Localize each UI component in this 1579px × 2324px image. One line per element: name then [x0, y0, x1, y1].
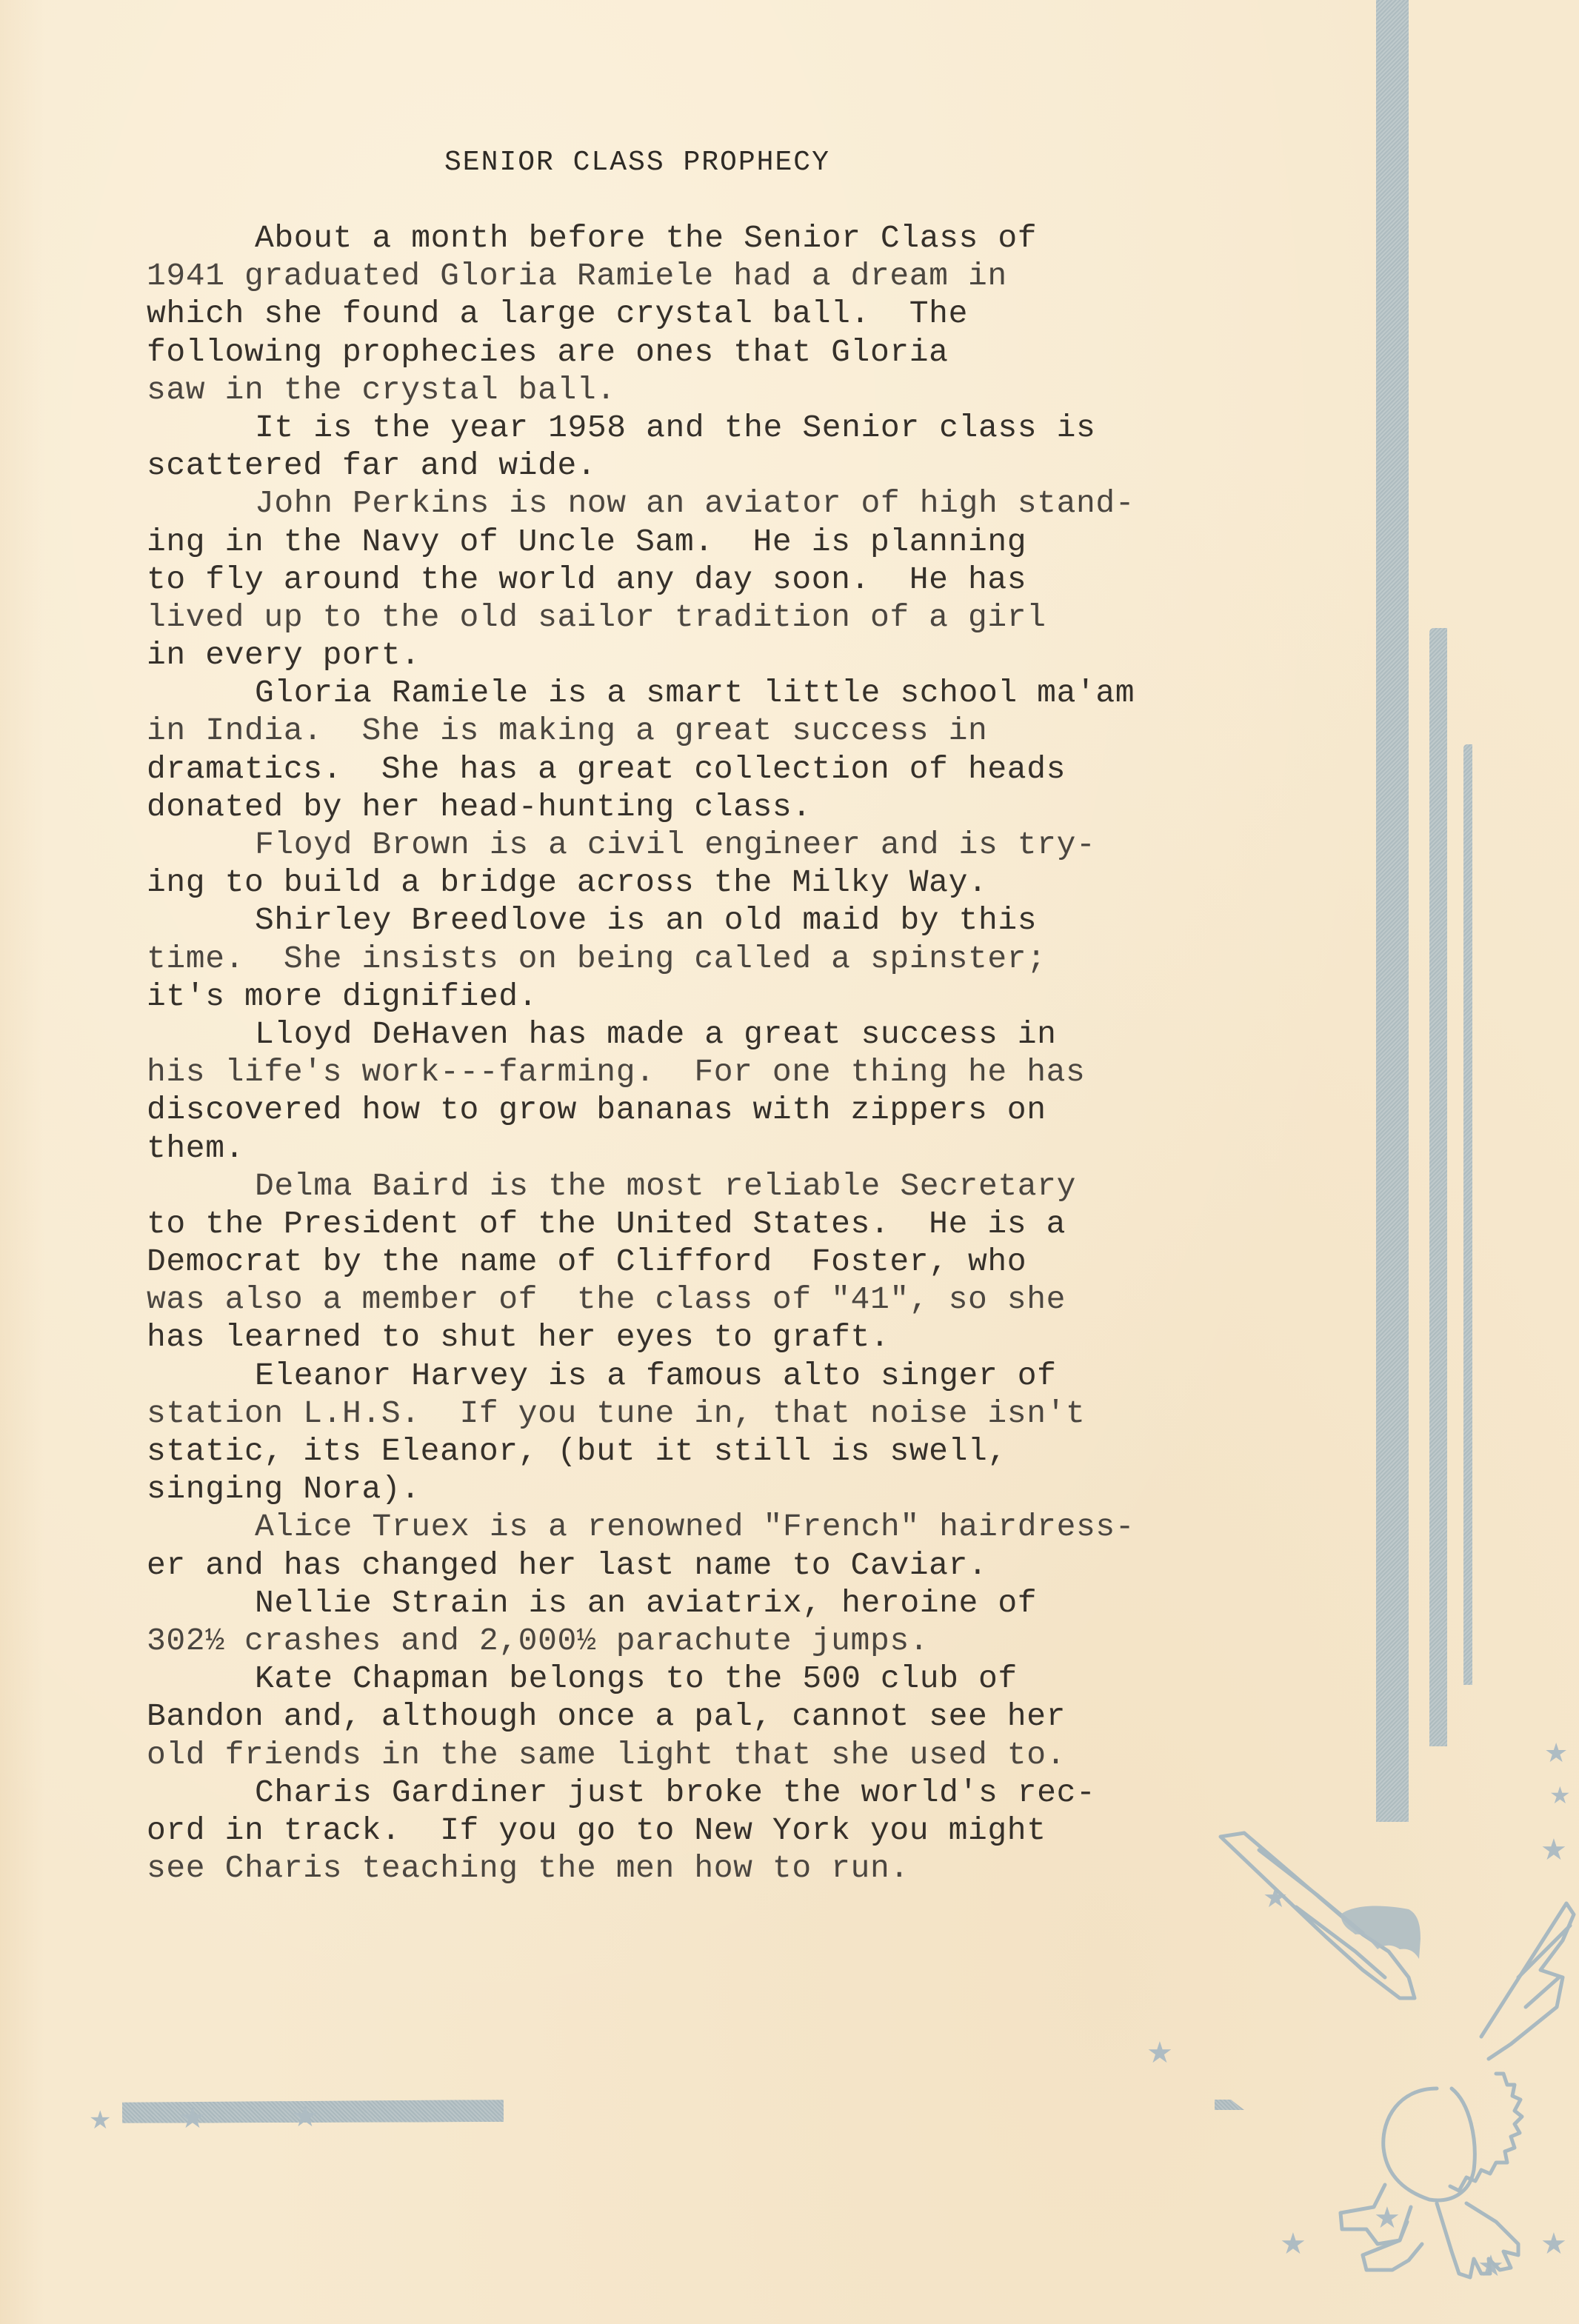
text-line: to fly around the world any day soon. He… [147, 561, 1302, 598]
text-line: following prophecies are ones that Glori… [147, 333, 1302, 371]
text-line: saw in the crystal ball. [147, 371, 1302, 409]
star-icon: ★ [1146, 2038, 1173, 2068]
text-line: Shirley Breedlove is an old maid by this [147, 901, 1302, 939]
text-line: 302½ crashes and 2,000½ parachute jumps. [147, 1622, 1302, 1660]
text-line: John Perkins is now an aviator of high s… [147, 484, 1302, 522]
prophecy-text: About a month before the Senior Class of… [147, 219, 1302, 1887]
text-line: It is the year 1958 and the Senior class… [147, 409, 1302, 447]
document-page: ★ ★ ★ ★ ★ ★ ★ ★ ★ ★ ★ ★ [0, 0, 1579, 2324]
text-line: in India. She is making a great success … [147, 712, 1302, 749]
vertical-stripe-large [1376, 0, 1409, 1822]
text-line: it's more dignified. [147, 978, 1302, 1015]
text-line: donated by her head-hunting class. [147, 788, 1302, 826]
text-line: Bandon and, although once a pal, cannot … [147, 1697, 1302, 1735]
text-line: er and has changed her last name to Cavi… [147, 1546, 1302, 1584]
text-line: singing Nora). [147, 1470, 1302, 1508]
text-line: dramatics. She has a great collection of… [147, 750, 1302, 788]
text-line: lived up to the old sailor tradition of … [147, 598, 1302, 636]
text-line: them. [147, 1129, 1302, 1167]
text-line: Gloria Ramiele is a smart little school … [147, 674, 1302, 712]
text-line: 1941 graduated Gloria Ramiele had a drea… [147, 257, 1302, 295]
text-line: Kate Chapman belongs to the 500 club of [147, 1660, 1302, 1697]
text-line: to the President of the United States. H… [147, 1205, 1302, 1243]
star-icon: ★ [179, 2103, 206, 2133]
text-line: discovered how to grow bananas with zipp… [147, 1091, 1302, 1129]
text-line: Floyd Brown is a civil engineer and is t… [147, 826, 1302, 864]
text-line: Democrat by the name of Clifford Foster,… [147, 1243, 1302, 1280]
text-line: has learned to shut her eyes to graft. [147, 1318, 1302, 1356]
text-line: Alice Truex is a renowned "French" haird… [147, 1508, 1302, 1546]
text-line: ing to build a bridge across the Milky W… [147, 864, 1302, 901]
text-line: ing in the Navy of Uncle Sam. He is plan… [147, 523, 1302, 561]
text-line: scattered far and wide. [147, 447, 1302, 484]
text-line: was also a member of the class of "41", … [147, 1280, 1302, 1318]
text-line: Nellie Strain is an aviatrix, heroine of [147, 1584, 1302, 1622]
star-icon: ★ [89, 2108, 111, 2133]
text-line: station L.H.S. If you tune in, that nois… [147, 1395, 1302, 1432]
text-line: About a month before the Senior Class of [147, 219, 1302, 257]
vertical-stripe-medium [1429, 628, 1447, 1746]
text-line: static, its Eleanor, (but it still is sw… [147, 1432, 1302, 1470]
text-line: old friends in the same light that she u… [147, 1736, 1302, 1774]
text-line: see Charis teaching the men how to run. [147, 1849, 1302, 1887]
text-line: time. She insists on being called a spin… [147, 940, 1302, 978]
text-line: Charis Gardiner just broke the world's r… [147, 1774, 1302, 1812]
text-line: which she found a large crystal ball. Th… [147, 295, 1302, 333]
text-line: in every port. [147, 636, 1302, 674]
text-line: Eleanor Harvey is a famous alto singer o… [147, 1357, 1302, 1395]
text-line: ord in track. If you go to New York you … [147, 1812, 1302, 1849]
vertical-stripe-small [1463, 744, 1472, 1685]
text-line: Delma Baird is the most reliable Secreta… [147, 1167, 1302, 1205]
text-line: his life's work---farming. For one thing… [147, 1053, 1302, 1091]
page-title: SENIOR CLASS PROPHECY [444, 147, 830, 178]
text-line: Lloyd DeHaven has made a great success i… [147, 1015, 1302, 1053]
star-icon: ★ [292, 2102, 318, 2131]
